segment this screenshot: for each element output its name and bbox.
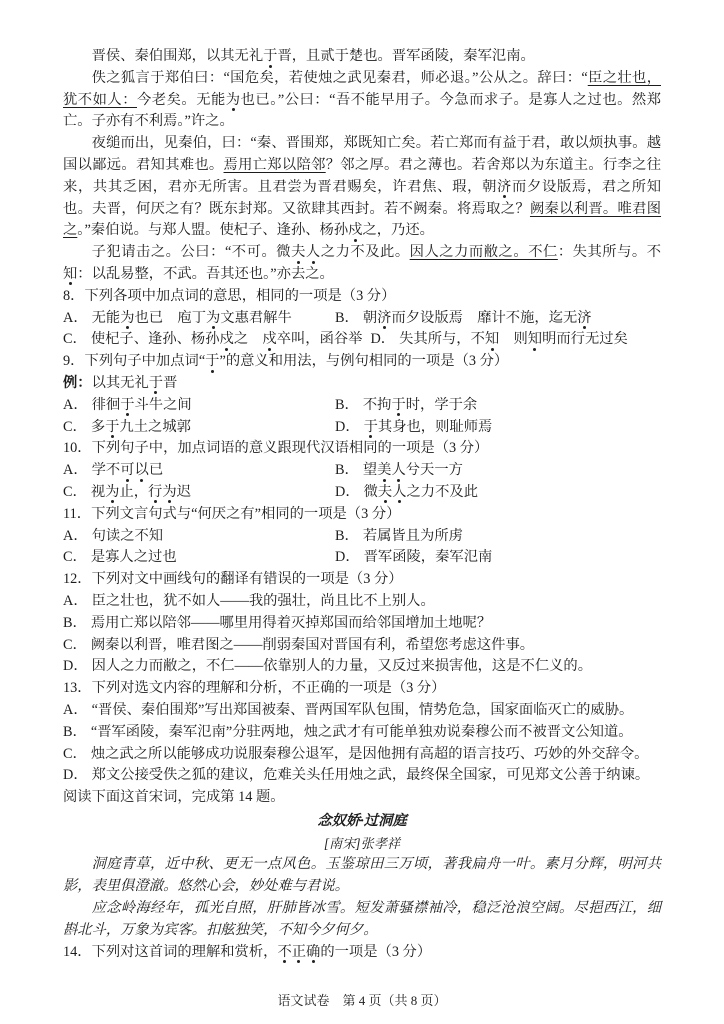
option-row: B．焉用亡郑以陪邻——哪里用得着灭掉郑国而给邻国增加土地呢？ xyxy=(63,613,661,635)
question-13-stem: 13．下列对选文内容的理解和分析，不正确的一项是（3 分） xyxy=(63,678,661,700)
option-label: B． xyxy=(335,310,363,326)
option-label: A． xyxy=(63,593,92,609)
passage-paragraph: 佚之狐言于郑伯曰：“国危矣，若使烛之武见秦君，师必退。”公从之。辞曰：“臣之壮也… xyxy=(63,68,661,133)
option-label: A． xyxy=(63,397,92,413)
question-12: 12．下列对文中画线句的翻译有错误的一项是（3 分）A．臣之壮也，犹不如人——我… xyxy=(63,569,661,678)
option-row: D．郑文公接受佚之狐的建议，危难关头任用烛之武，最终保全国家，可见郑文公善于纳谏… xyxy=(63,765,661,787)
exam-page: 晋侯、秦伯围郑，以其无礼于晋，且贰于楚也。晋军函陵，秦军氾南。佚之狐言于郑伯曰：… xyxy=(0,0,724,1024)
question-11: 11．下列文言句式与“何厌之有”相同的一项是（3 分）A．句读之不知B．若属皆且… xyxy=(63,504,661,569)
option-row: C．烛之武之所以能够成功说服秦穆公退军，是因他拥有高超的语言技巧、巧妙的外交辞令… xyxy=(63,744,661,766)
question-9-stem: 9．下列句子中加点词“于”的意义和用法，与例句相同的一项是（3 分） xyxy=(63,351,661,373)
question-8-option-C: C．使杞子、逢孙、杨孙戍之 戍卒叫，函谷举 xyxy=(63,329,370,351)
question-8-option-B: B．朝济而夕设版焉 靡计不施，迄无济 xyxy=(335,308,592,330)
passage-section: 晋侯、秦伯围郑，以其无礼于晋，且贰于楚也。晋军函陵，秦军氾南。佚之狐言于郑伯曰：… xyxy=(63,46,661,286)
poem-author: [南宋]张孝祥 xyxy=(63,833,661,855)
question-11-option-B: B．若属皆且为所虏 xyxy=(335,526,463,548)
option-row: C．视为止，行为迟D．微夫人之力不及此 xyxy=(63,482,661,504)
question-10-option-B: B．望美人兮天一方 xyxy=(335,460,463,482)
question-12-option-D: D．因人之力而敝之，不仁——依靠别人的力量，又反过来损害他，这是不仁义的。 xyxy=(63,656,661,678)
option-label: C． xyxy=(63,419,91,435)
question-12-option-C: C．阙秦以利晋，唯君图之——削弱秦国对晋国有利，希望您考虑这件事。 xyxy=(63,635,661,657)
option-label: A． xyxy=(63,528,92,544)
poem-stanza: 应念岭海经年，孤光自照，肝肺皆冰雪。短发萧骚襟袖冷，稳泛沧浪空阔。尽挹西江，细斟… xyxy=(63,898,661,942)
passage-paragraph: 晋侯、秦伯围郑，以其无礼于晋，且贰于楚也。晋军函陵，秦军氾南。 xyxy=(63,46,661,68)
question-13-option-B: B．“晋军函陵，秦军氾南”分驻两地，烛之武才有可能单独劝说秦穆公而不被晋文公知道… xyxy=(63,722,661,744)
option-label: C． xyxy=(63,331,91,347)
option-label: B． xyxy=(335,397,363,413)
option-row: B．“晋军函陵，秦军氾南”分驻两地，烛之武才有可能单独劝说秦穆公而不被晋文公知道… xyxy=(63,722,661,744)
question-9-example: 例：以其无礼于晋 xyxy=(63,373,661,395)
questions-section: 8．下列各项中加点词的意思，相同的一项是（3 分）A．无能为也已 庖丁为文惠君解… xyxy=(63,286,661,787)
question-10-stem: 10．下列句子中，加点词语的意义跟现代汉语相同的一项是（3 分） xyxy=(63,438,661,460)
question-11-stem: 11．下列文言句式与“何厌之有”相同的一项是（3 分） xyxy=(63,504,661,526)
option-row: C．多于九土之城郭D．于其身也，则耻师焉 xyxy=(63,417,661,439)
option-row: C．使杞子、逢孙、杨孙戍之 戍卒叫，函谷举D．失其所与，不知 则知明而行无过矣 xyxy=(63,329,661,351)
passage-paragraph: 子犯请击之。公曰：“不可。微夫人之力不及此。因人之力而敝之。不仁：失其所与。不知… xyxy=(63,242,661,286)
option-label: D． xyxy=(335,419,364,435)
question-12-stem: 12．下列对文中画线句的翻译有错误的一项是（3 分） xyxy=(63,569,661,591)
poem-title: 念奴娇·过洞庭 xyxy=(63,811,661,833)
question-13-option-D: D．郑文公接受佚之狐的建议，危难关头任用烛之武，最终保全国家，可见郑文公善于纳谏… xyxy=(63,765,661,787)
option-row: A．“晋侯、秦伯围郑”写出郑国被秦、晋两国军队包围，情势危急，国家面临灭亡的威胁… xyxy=(63,700,661,722)
page-footer: 语文试卷 第 4 页（共 8 页） xyxy=(0,990,724,1012)
question-9-option-C: C．多于九土之城郭 xyxy=(63,417,335,439)
option-label: B． xyxy=(335,528,363,544)
question-10: 10．下列句子中，加点词语的意义跟现代汉语相同的一项是（3 分）A．学不可以已B… xyxy=(63,438,661,503)
question-11-option-A: A．句读之不知 xyxy=(63,526,335,548)
option-label: B． xyxy=(335,462,363,478)
option-row: A．无能为也已 庖丁为文惠君解牛B．朝济而夕设版焉 靡计不施，迄无济 xyxy=(63,308,661,330)
option-label: D． xyxy=(370,331,399,347)
option-label: A． xyxy=(63,702,92,718)
option-label: D． xyxy=(335,484,364,500)
question-14-stem: 14．下列对这首词的理解和赏析，不正确的一项是（3 分） xyxy=(63,942,661,964)
option-row: A．学不可以已B．望美人兮天一方 xyxy=(63,460,661,482)
question-13-option-A: A．“晋侯、秦伯围郑”写出郑国被秦、晋两国军队包围，情势危急，国家面临灭亡的威胁… xyxy=(63,700,661,722)
option-label: C． xyxy=(63,746,91,762)
question-10-option-D: D．微夫人之力不及此 xyxy=(335,482,478,504)
question-8: 8．下列各项中加点词的意思，相同的一项是（3 分）A．无能为也已 庖丁为文惠君解… xyxy=(63,286,661,351)
option-label: B． xyxy=(63,724,91,740)
question-11-option-C: C．是寡人之过也 xyxy=(63,547,335,569)
question-12-option-A: A．臣之壮也，犹不如人——我的强壮，尚且比不上别人。 xyxy=(63,591,661,613)
question-14: 14．下列对这首词的理解和赏析，不正确的一项是（3 分） xyxy=(63,942,661,964)
question-9-option-D: D．于其身也，则耻师焉 xyxy=(335,417,492,439)
option-label: A． xyxy=(63,310,92,326)
option-row: C．是寡人之过也D．晋军函陵，秦军氾南 xyxy=(63,547,661,569)
option-label: C． xyxy=(63,484,91,500)
option-label: C． xyxy=(63,549,91,565)
question-8-option-D: D．失其所与，不知 则知明而行无过矣 xyxy=(370,329,627,351)
reading-instruction: 阅读下面这首宋词，完成第 14 题。 xyxy=(63,787,661,809)
question-8-stem: 8．下列各项中加点词的意思，相同的一项是（3 分） xyxy=(63,286,661,308)
question-14-section: 14．下列对这首词的理解和赏析，不正确的一项是（3 分） xyxy=(63,942,661,964)
option-label: B． xyxy=(63,615,91,631)
question-10-option-A: A．学不可以已 xyxy=(63,460,335,482)
question-13: 13．下列对选文内容的理解和分析，不正确的一项是（3 分）A．“晋侯、秦伯围郑”… xyxy=(63,678,661,787)
option-label: D． xyxy=(63,767,92,783)
question-9-option-B: B．不拘于时，学于余 xyxy=(335,395,477,417)
poem-stanza: 洞庭青草，近中秋、更无一点风色。玉鉴琼田三万顷，著我扁舟一叶。素月分辉，明河共影… xyxy=(63,854,661,898)
question-11-option-D: D．晋军函陵，秦军氾南 xyxy=(335,547,492,569)
question-8-option-A: A．无能为也已 庖丁为文惠君解牛 xyxy=(63,308,335,330)
question-10-option-C: C．视为止，行为迟 xyxy=(63,482,335,504)
question-9-option-A: A．徘徊于斗牛之间 xyxy=(63,395,335,417)
option-row: A．徘徊于斗牛之间B．不拘于时，学于余 xyxy=(63,395,661,417)
option-row: C．阙秦以利晋，唯君图之——削弱秦国对晋国有利，希望您考虑这件事。 xyxy=(63,635,661,657)
option-row: D．因人之力而敝之，不仁——依靠别人的力量，又反过来损害他，这是不仁义的。 xyxy=(63,656,661,678)
option-row: A．臣之壮也，犹不如人——我的强壮，尚且比不上别人。 xyxy=(63,591,661,613)
option-label: D． xyxy=(335,549,364,565)
option-row: A．句读之不知B．若属皆且为所虏 xyxy=(63,526,661,548)
option-label: C． xyxy=(63,637,91,653)
passage-paragraph: 夜缒而出，见秦伯，曰：“秦、晋围郑，郑既知亡矣。若亡郑而有益于君，敢以烦执事。越… xyxy=(63,133,661,242)
option-label: A． xyxy=(63,462,92,478)
poem-body: 洞庭青草，近中秋、更无一点风色。玉鉴琼田三万顷，著我扁舟一叶。素月分辉，明河共影… xyxy=(63,854,661,941)
option-label: D． xyxy=(63,658,92,674)
question-9: 9．下列句子中加点词“于”的意义和用法，与例句相同的一项是（3 分）例：以其无礼… xyxy=(63,351,661,438)
question-13-option-C: C．烛之武之所以能够成功说服秦穆公退军，是因他拥有高超的语言技巧、巧妙的外交辞令… xyxy=(63,744,661,766)
question-12-option-B: B．焉用亡郑以陪邻——哪里用得着灭掉郑国而给邻国增加土地呢？ xyxy=(63,613,661,635)
